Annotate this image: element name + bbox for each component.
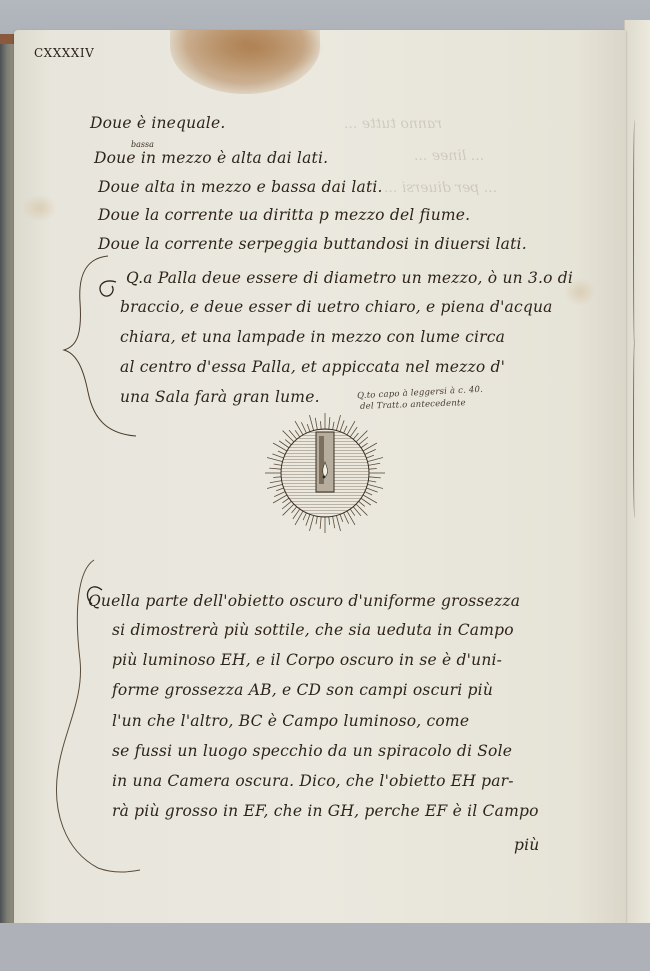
water-stain (170, 30, 320, 94)
paragraph1-line-1: Q.a Palla deue essere di diametro un mez… (126, 269, 573, 287)
list-line-2: Doue in mezzo è alta dai lati. (94, 149, 328, 167)
paragraph2-line-1: Quella parte dell'obietto oscuro d'unifo… (88, 592, 520, 610)
paragraph1-line-2: braccio, e deue esser di uetro chiaro, e… (120, 298, 553, 316)
paragraph1-line-3: chiara, et una lampade in mezzo con lume… (120, 328, 505, 346)
paragraph2-line-6: se fussi un luogo specchio da un spiraco… (112, 742, 512, 760)
facing-page-bracket-top (633, 120, 636, 350)
list-line-4: Doue la corrente ua diritta p mezzo del … (98, 206, 470, 224)
interlinear-note: bassa (131, 140, 154, 149)
paragraph2-line-5: l'un che l'altro, BC è Campo luminoso, c… (112, 712, 469, 730)
bleed-through-line: ranno tutte ... (344, 116, 442, 132)
facing-page-bracket-bottom (633, 338, 636, 518)
facing-page-edge (624, 20, 650, 945)
paragraph2-line-2: si dimostrerà più sottile, che sia uedut… (112, 621, 514, 639)
list-line-1: Doue è inequale. (90, 114, 225, 132)
background-bottom (0, 923, 650, 971)
paragraph2-line-7: in una Camera oscura. Dico, che l'obiett… (112, 772, 514, 790)
paragraph2-line-4: forme grossezza AB, e CD son campi oscur… (112, 681, 493, 699)
paragraph2-line-3: più luminoso EH, e il Corpo oscuro in se… (112, 651, 502, 669)
bleed-through-line: ... per diuersi ... (384, 180, 497, 196)
paragraph1-line-5: una Sala farà gran lume. (120, 388, 320, 406)
folio-number: CXXXXIV (34, 46, 94, 60)
list-line-3: Doue alta in mezzo e bassa dai lati. (98, 178, 383, 196)
sphere-lamp-figure-icon (250, 410, 400, 540)
bleed-through-line: ... linee ... (414, 148, 484, 164)
paragraph1-line-4: al centro d'essa Palla, et appiccata nel… (120, 358, 505, 376)
list-line-5: Doue la corrente serpeggia buttandosi in… (98, 235, 527, 253)
paragraph2-catchword: più (514, 836, 539, 854)
paragraph2-line-8: rà più grosso in EF, che in GH, perche E… (112, 802, 539, 820)
